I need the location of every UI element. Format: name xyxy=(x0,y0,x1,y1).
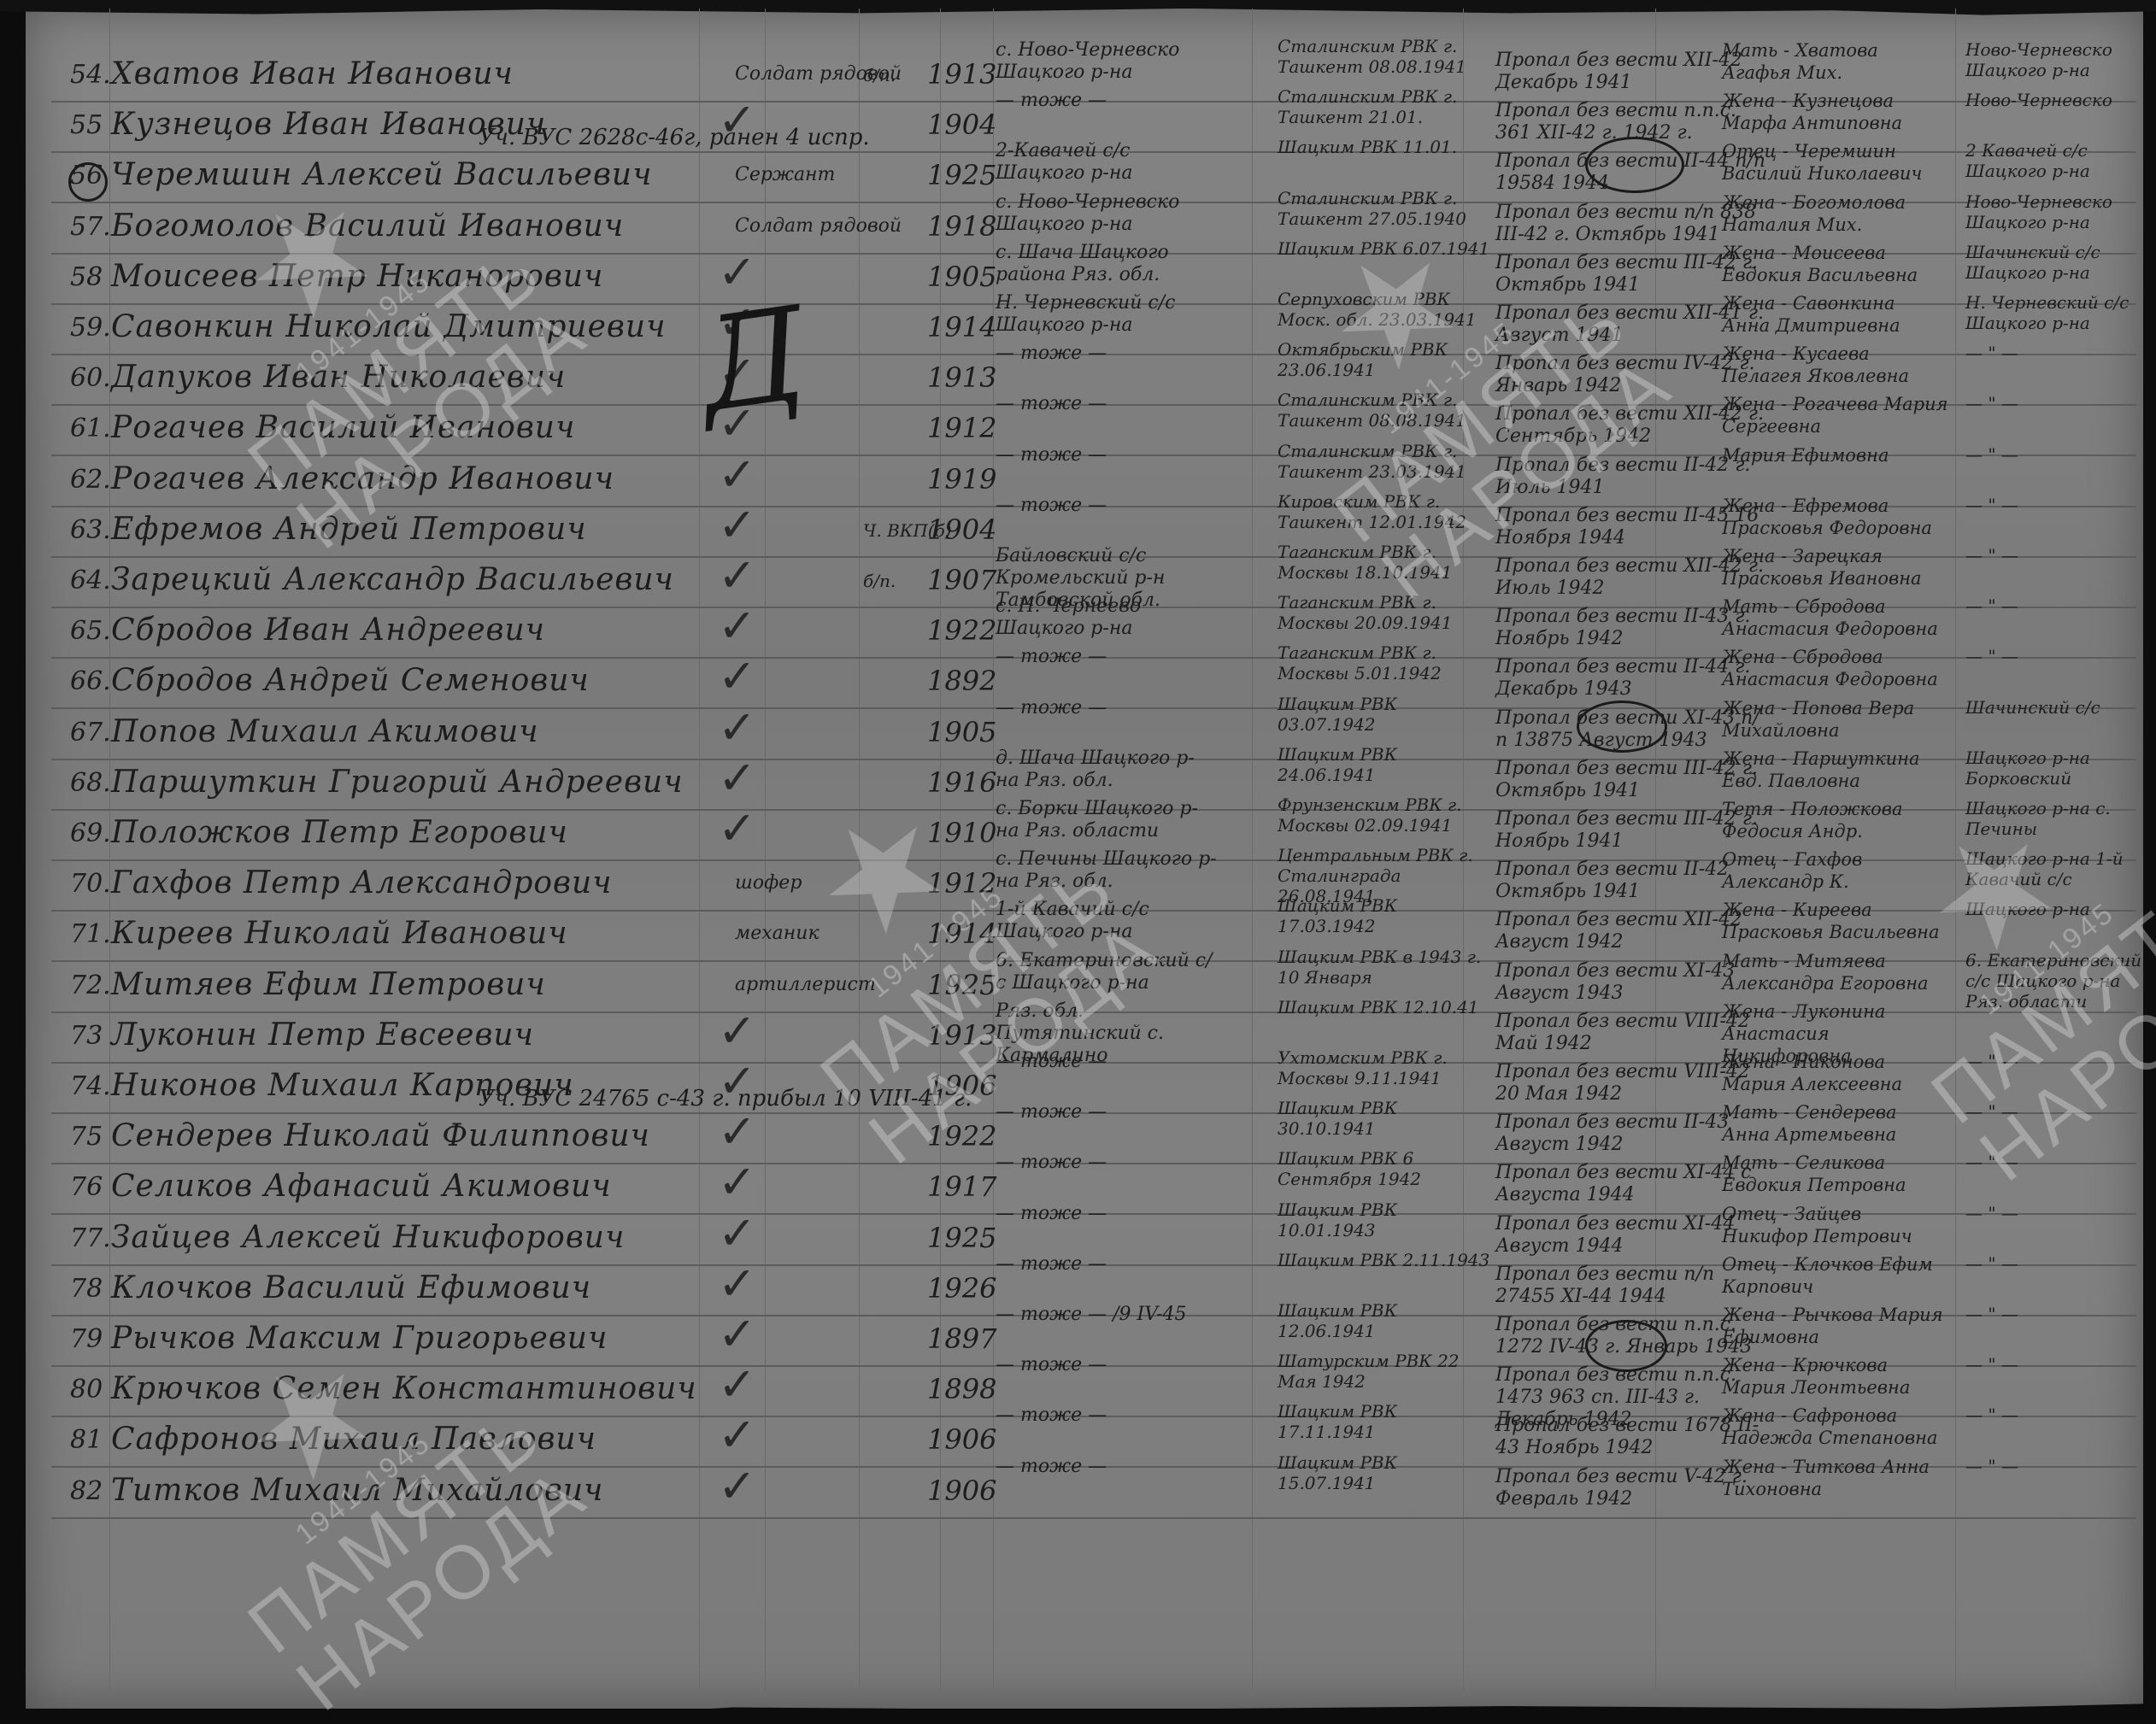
soldier-name: Попов Михаил Акимович xyxy=(111,714,539,749)
soldier-name: Сбродов Иван Андреевич xyxy=(111,613,545,648)
birth-year: 1913 xyxy=(927,361,996,394)
birthplace: — тоже — xyxy=(996,1354,1218,1376)
checkmark-icon: ✓ xyxy=(718,1155,756,1209)
birthplace: — тоже — xyxy=(996,495,1218,517)
birth-year: 1898 xyxy=(927,1373,996,1405)
soldier-name: Хватов Иван Иванович xyxy=(111,56,514,91)
rank: Солдат рядовой xyxy=(735,215,902,237)
checkmark-icon: ✓ xyxy=(718,448,756,501)
home-address: — " — xyxy=(1965,1354,2145,1375)
draft-office: Сталинским РВК г. Ташкент 21.01. xyxy=(1278,86,1500,127)
checkmark-icon: ✓ xyxy=(718,649,756,703)
birthplace: — тоже — xyxy=(996,1456,1218,1478)
checkmark-icon: ✓ xyxy=(718,1307,756,1361)
row-number: 78 xyxy=(70,1274,103,1304)
birthplace: с. Ново-Черневско Шацкого р-на xyxy=(996,191,1218,236)
draft-office: Шацким РВК 11.01. xyxy=(1278,137,1500,157)
checkmark-icon: ✓ xyxy=(718,1459,756,1513)
circle-mark xyxy=(1577,701,1667,753)
checkmark-icon: ✓ xyxy=(718,548,756,602)
home-address: — " — xyxy=(1965,595,2145,616)
row-number: 55 xyxy=(70,110,103,140)
missing-status: Пропал без вести XI-43 Август 1943 xyxy=(1495,960,1769,1005)
row-number: 58 xyxy=(70,262,103,292)
home-address: — " — xyxy=(1965,444,2145,465)
draft-office: Шацким РВК 30.10.1941 xyxy=(1278,1098,1500,1139)
birthplace: — тоже — xyxy=(996,444,1218,466)
checkmark-icon: ✓ xyxy=(718,1257,756,1311)
home-address: Ново-Черневско xyxy=(1965,90,2145,110)
birthplace: — тоже — xyxy=(996,343,1218,365)
row-number: 80 xyxy=(70,1375,103,1404)
row-number: 81 xyxy=(70,1425,103,1455)
missing-status: Пропал без вести VIII-42 20 Мая 1942 xyxy=(1495,1061,1769,1105)
row-number: 70. xyxy=(70,869,111,899)
missing-status: Пропал без вести XII-42 Август 1942 xyxy=(1495,909,1769,953)
birth-year: 1907 xyxy=(927,564,996,596)
soldier-name: Киреев Николай Иванович xyxy=(111,916,568,951)
birth-year: 1906 xyxy=(927,1475,996,1507)
home-address: — " — xyxy=(1965,1203,2145,1223)
party-membership: б/п. xyxy=(863,65,896,85)
soldier-name: Гахфов Петр Александрович xyxy=(111,865,613,900)
birthplace: 2-Кавачей с/с Шацкого р-на xyxy=(996,140,1218,185)
missing-status: Пропал без вести XII-42 г. Июль 1942 xyxy=(1495,555,1769,600)
birth-year: 1922 xyxy=(927,614,996,647)
missing-status: Пропал без вести XI-44 Август 1944 xyxy=(1495,1213,1769,1258)
draft-office: Шатурским РВК 22 Мая 1942 xyxy=(1278,1351,1500,1392)
birthplace: — тоже — xyxy=(996,697,1218,719)
birthplace: — тоже — xyxy=(996,1152,1218,1174)
missing-status: Пропал без вести II-43 Август 1942 xyxy=(1495,1111,1769,1156)
party-membership: Ч. ВКП(б) xyxy=(863,520,952,541)
checkmark-icon: ✓ xyxy=(718,801,756,855)
soldier-name: Зарецкий Александр Васильевич xyxy=(111,562,674,597)
missing-status: Пропал без вести II-43 г. Ноябрь 1942 xyxy=(1495,606,1769,650)
draft-office: Шацким РВК 24.06.1941 xyxy=(1278,744,1500,785)
row-number: 71. xyxy=(70,919,111,949)
draft-office: Таганским РВК г. Москвы 20.09.1941 xyxy=(1278,592,1500,633)
birthplace: — тоже — xyxy=(996,393,1218,415)
missing-status: Пропал без вести III-42 г. Октябрь 1941 xyxy=(1495,758,1769,802)
circle-mark xyxy=(68,162,108,202)
row-number: 69. xyxy=(70,818,111,848)
missing-status: Пропал без вести II-44 г. Декабрь 1943 xyxy=(1495,656,1769,701)
birthplace: — тоже — xyxy=(996,646,1218,668)
soldier-name: Митяев Ефим Петрович xyxy=(111,967,546,1002)
checkmark-icon: ✓ xyxy=(718,1408,756,1462)
birth-year: 1926 xyxy=(927,1272,996,1305)
row-number: 64. xyxy=(70,566,111,595)
draft-office: Шацким РВК 12.06.1941 xyxy=(1278,1300,1500,1341)
soldier-name: Зайцев Алексей Никифорович xyxy=(111,1220,625,1255)
missing-status: Пропал без вести VIII-42 Май 1942 xyxy=(1495,1011,1769,1055)
soldier-name: Положков Петр Егорович xyxy=(111,815,568,850)
draft-office: Шацким РВК 6 Сентября 1942 xyxy=(1278,1148,1500,1189)
row-number: 63. xyxy=(70,515,111,545)
signature-mark: Д xyxy=(690,279,814,441)
home-address: — " — xyxy=(1965,646,2145,666)
birth-year: 1905 xyxy=(927,261,996,293)
birth-year: 1925 xyxy=(927,1222,996,1254)
draft-office: Шацким РВК 12.10.41 xyxy=(1278,997,1500,1017)
checkmark-icon: ✓ xyxy=(718,1206,756,1260)
row-number: 72. xyxy=(70,970,111,1000)
row-number: 76 xyxy=(70,1172,103,1202)
birthplace: — тоже — /9 IV-45 xyxy=(996,1304,1218,1326)
draft-office: Сталинским РВК г. Ташкент 08.08.1941 xyxy=(1278,36,1500,77)
birthplace: с. Ново-Черневско Шацкого р-на xyxy=(996,39,1218,84)
checkmark-icon: ✓ xyxy=(718,1358,756,1411)
birth-year: 1897 xyxy=(927,1322,996,1355)
row-number: 77. xyxy=(70,1223,111,1253)
row-number: 61. xyxy=(70,413,111,443)
missing-status: Пропал без вести II-42 Октябрь 1941 xyxy=(1495,859,1769,903)
draft-office: Ухтомским РВК г. Москвы 9.11.1941 xyxy=(1278,1047,1500,1088)
soldier-name: Селиков Афанасий Акимович xyxy=(111,1169,612,1204)
draft-office: Шацким РВК 03.07.1942 xyxy=(1278,694,1500,735)
birthplace: с. Н. Чернеево Шацкого р-на xyxy=(996,595,1218,640)
draft-office: Шацким РВК в 1943 г. 10 Января xyxy=(1278,947,1500,988)
checkmark-icon: ✓ xyxy=(718,751,756,805)
draft-office: Шацким РВК 2.11.1943 xyxy=(1278,1250,1500,1270)
birthplace: — тоже — xyxy=(996,1203,1218,1225)
row-number: 62. xyxy=(70,465,111,495)
row-number: 73 xyxy=(70,1021,103,1051)
home-address: — " — xyxy=(1965,393,2145,413)
checkmark-icon: ✓ xyxy=(718,599,756,653)
birth-year: 1914 xyxy=(927,311,996,343)
row-number: 75 xyxy=(70,1122,103,1152)
draft-office: Шацким РВК 10.01.1943 xyxy=(1278,1199,1500,1240)
margin-annotation: Уч. ВУС 2628с-46г, ранен 4 испр. xyxy=(479,125,870,150)
rank: Сержант xyxy=(735,164,835,185)
birth-year: 1913 xyxy=(927,58,996,91)
birth-year: 1925 xyxy=(927,159,996,191)
home-address: Ново-Черневско Шацкого р-на xyxy=(1965,39,2145,80)
birth-year: 1906 xyxy=(927,1423,996,1456)
missing-status: Пропал без вести V-42 г. Февраль 1942 xyxy=(1495,1466,1769,1510)
row-number: 54. xyxy=(70,60,111,90)
row-number: 59. xyxy=(70,313,111,343)
missing-status: Пропал без вести п/п 27455 XI-44 1944 xyxy=(1495,1264,1769,1308)
home-address: Ново-Черневско Шацкого р-на xyxy=(1965,191,2145,232)
row-number: 82 xyxy=(70,1476,103,1506)
home-address: — " — xyxy=(1965,1304,2145,1324)
row-number: 74. xyxy=(70,1071,111,1101)
birthplace: Н. Черневский с/с Шацкого р-на xyxy=(996,292,1218,337)
home-address: Шачинский с/с xyxy=(1965,697,2145,718)
circle-mark xyxy=(1585,1320,1667,1372)
missing-status: Пропал без вести 1678 II-43 Ноябрь 1942 xyxy=(1495,1415,1769,1459)
home-address: — " — xyxy=(1965,1404,2145,1425)
home-address: — " — xyxy=(1965,495,2145,515)
home-address: 2 Кавачей с/с Шацкого р-на xyxy=(1965,140,2145,181)
home-address: Шачинский с/с Шацкого р-на xyxy=(1965,242,2145,283)
birth-year: 1919 xyxy=(927,463,996,496)
soldier-name: Луконин Петр Евсеевич xyxy=(111,1017,534,1053)
draft-office: Шацким РВК 15.07.1941 xyxy=(1278,1452,1500,1493)
birth-year: 1892 xyxy=(927,665,996,697)
birth-year: 1912 xyxy=(927,412,996,444)
draft-office: Фрунзенским РВК г. Москвы 02.09.1941 xyxy=(1278,795,1500,836)
circle-mark xyxy=(1585,137,1684,193)
birthplace: — тоже — xyxy=(996,1253,1218,1275)
birth-year: 1917 xyxy=(927,1170,996,1203)
draft-office: Таганским РВК г. Москвы 5.01.1942 xyxy=(1278,642,1500,683)
checkmark-icon: ✓ xyxy=(718,1004,756,1058)
missing-status: Пропал без вести III-42 г. Ноябрь 1941 xyxy=(1495,808,1769,853)
row-number: 68. xyxy=(70,768,111,798)
checkmark-icon: ✓ xyxy=(718,498,756,552)
home-address: — " — xyxy=(1965,1456,2145,1476)
birth-year: 1904 xyxy=(927,108,996,141)
row-number: 79 xyxy=(70,1324,103,1354)
row-number: 60. xyxy=(70,363,111,393)
row-number: 67. xyxy=(70,718,111,748)
row-number: 65. xyxy=(70,616,111,646)
draft-office: Шацким РВК 17.11.1941 xyxy=(1278,1401,1500,1442)
birthplace: с. Шача Шацкого района Ряз. обл. xyxy=(996,242,1218,286)
row-number: 57. xyxy=(70,212,111,242)
birthplace: — тоже — xyxy=(996,90,1218,112)
row-number: 66. xyxy=(70,666,111,696)
missing-status: Пропал без вести XI-44 с Августа 1944 xyxy=(1495,1162,1769,1206)
home-address: — " — xyxy=(1965,1253,2145,1274)
soldier-name: Паршуткин Григорий Андреевич xyxy=(111,765,684,800)
birth-year: 1918 xyxy=(927,210,996,243)
soldier-name: Сендерев Николай Филиппович xyxy=(111,1118,650,1153)
home-address: Н. Черневский с/с Шацкого р-на xyxy=(1965,292,2145,333)
draft-office: Шацким РВК 17.03.1942 xyxy=(1278,895,1500,936)
birthplace: — тоже — xyxy=(996,1101,1218,1123)
missing-status: Пропал без вести XII-42 Декабрь 1941 xyxy=(1495,50,1769,94)
checkmark-icon: ✓ xyxy=(718,1105,756,1158)
home-address: — " — xyxy=(1965,343,2145,363)
party-membership: б/п. xyxy=(863,571,896,591)
birthplace: — тоже — xyxy=(996,1404,1218,1427)
home-address: — " — xyxy=(1965,545,2145,566)
soldier-name: Сбродов Андрей Семенович xyxy=(111,663,590,698)
checkmark-icon: ✓ xyxy=(718,701,756,754)
